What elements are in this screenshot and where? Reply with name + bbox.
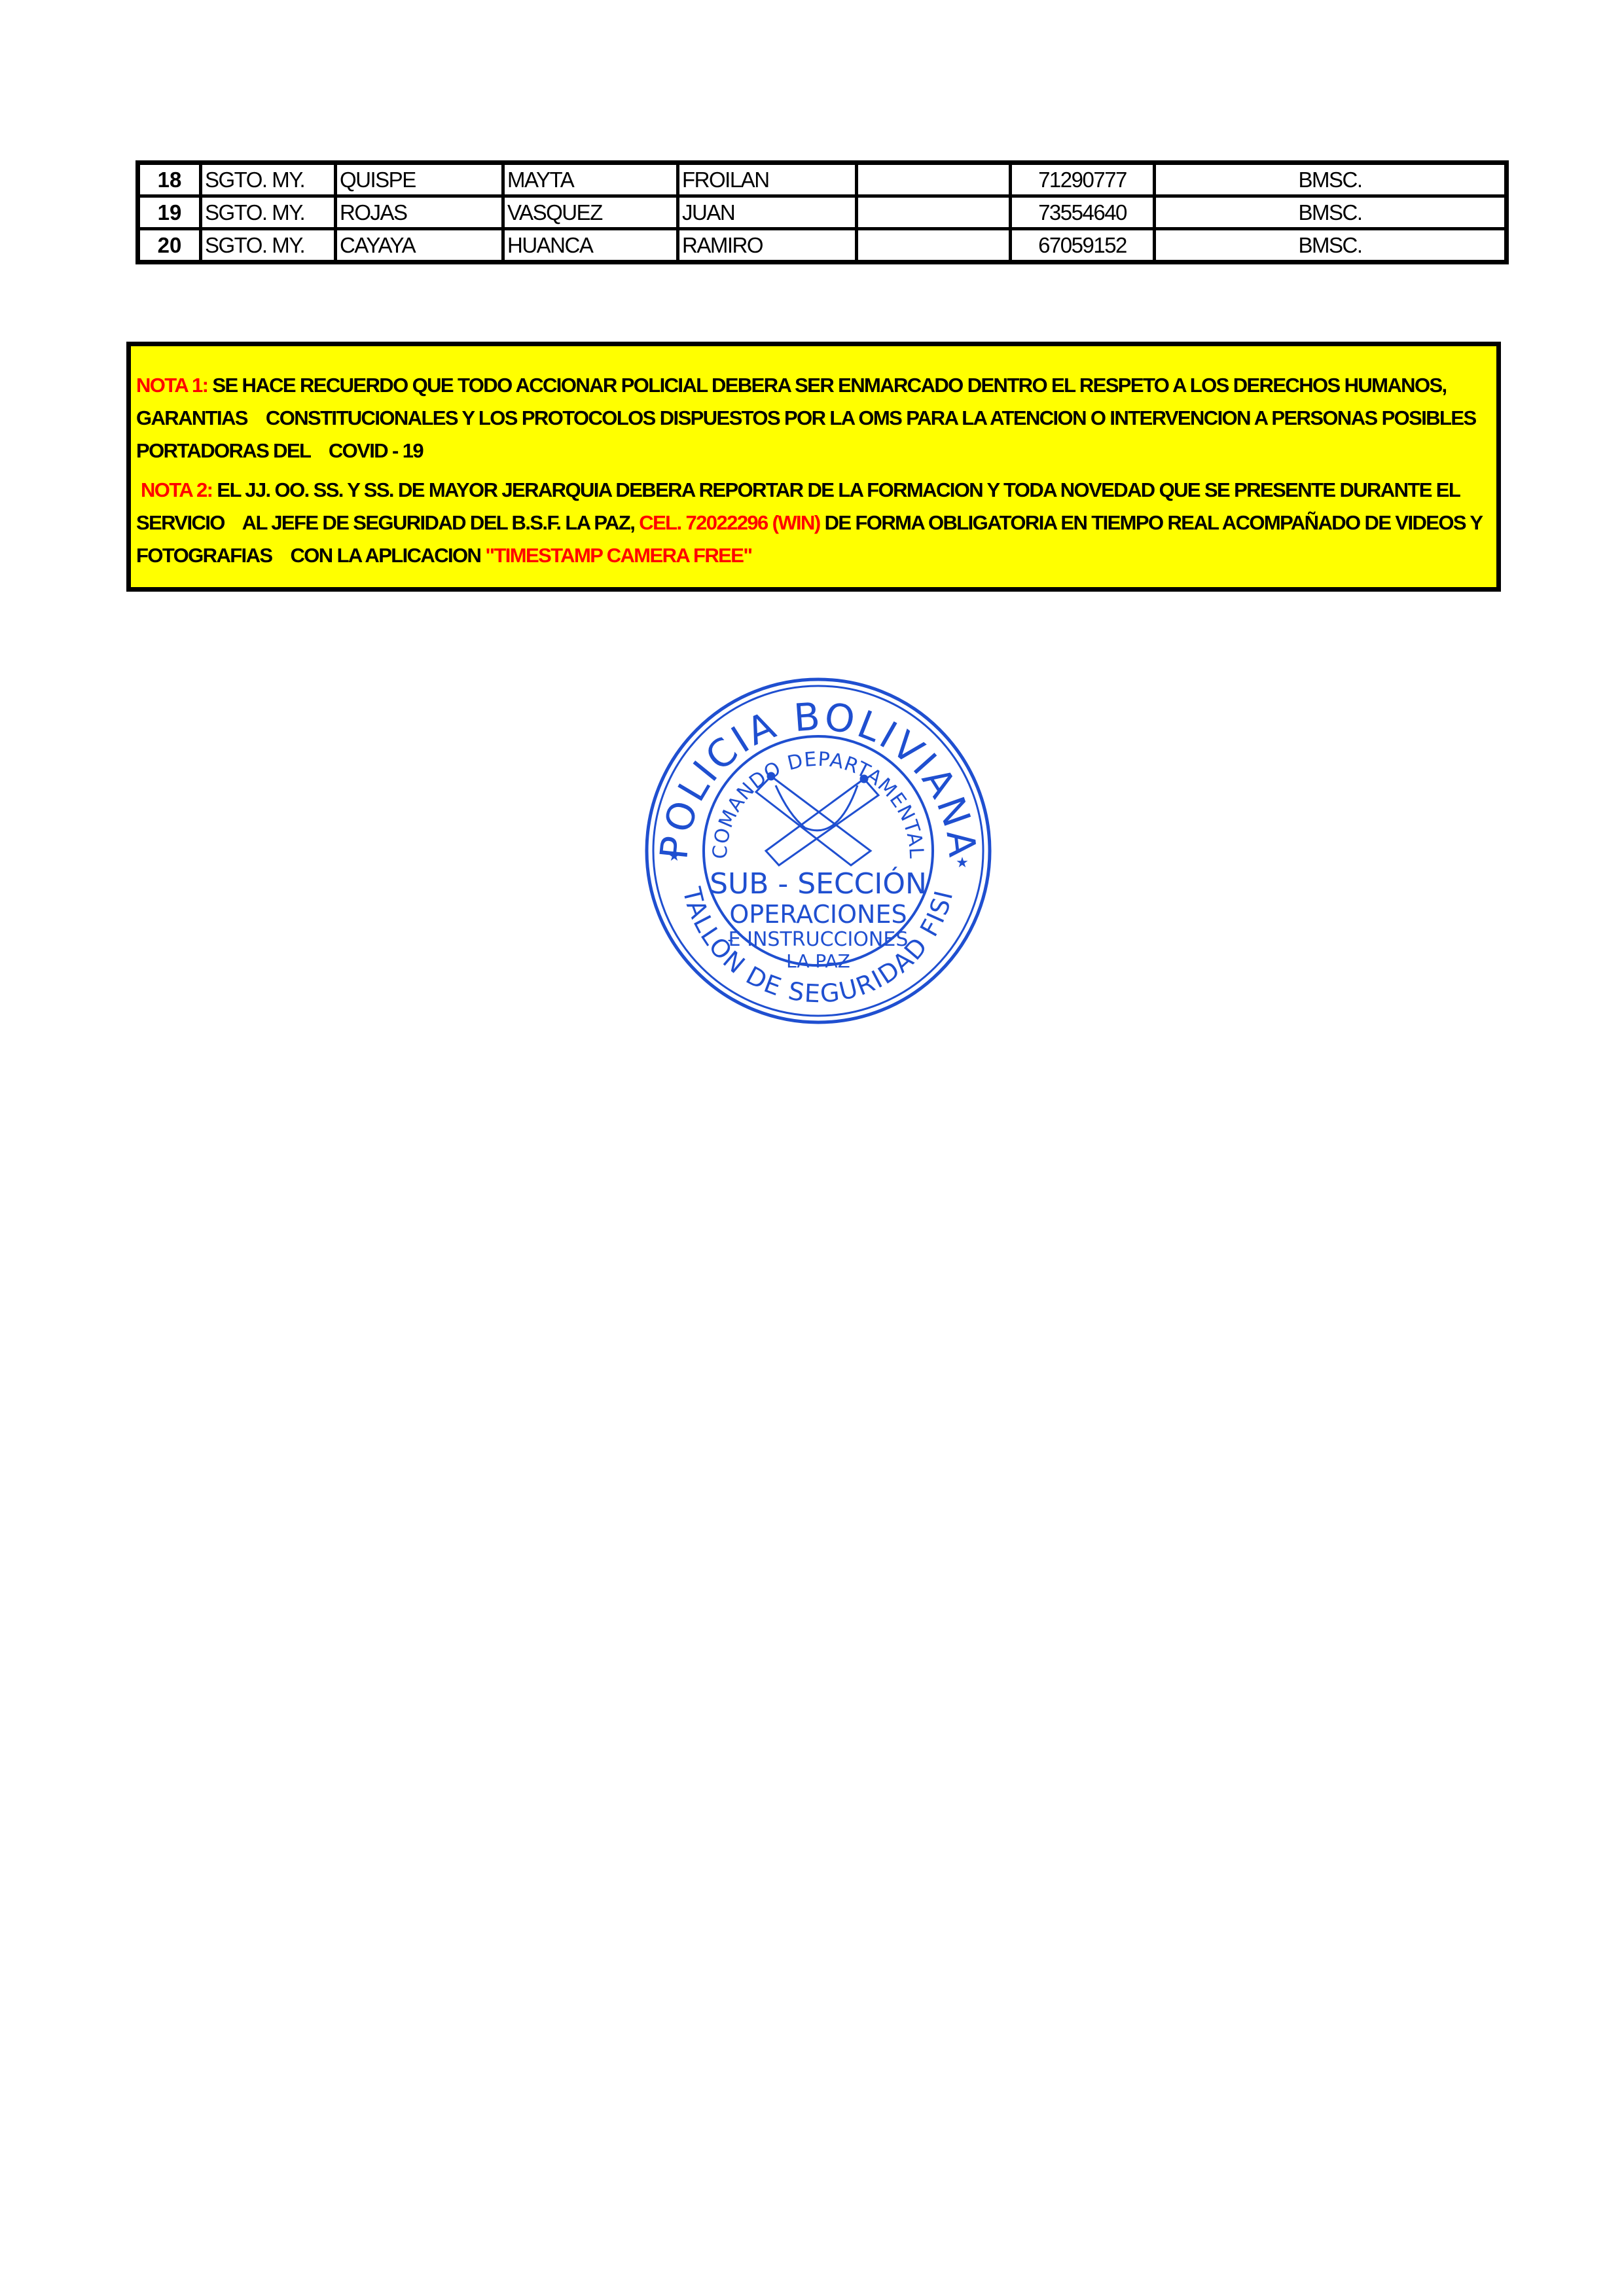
given-name-cell: JUAN [678,196,857,229]
stamp-outer-top: POLICIA BOLIVIANA [651,694,985,861]
app-name: "TIMESTAMP CAMERA FREE" [485,544,751,567]
stamp-center-line-1: SUB - SECCIÓN [710,866,927,901]
empty-cell [857,229,1011,262]
note-2-line-2a: SERVICIO AL JEFE DE SEGURIDAD DEL B.S.F.… [136,511,639,534]
police-seal-stamp: POLICIA BOLIVIANA COMANDO DEPARTAMENTAL … [641,674,995,1028]
notes-box: NOTA 1: SE HACE RECUERDO QUE TODO ACCION… [126,342,1501,592]
stamp-center-line-2: OPERACIONES [729,900,907,929]
note-1-line-1: SE HACE RECUERDO QUE TODO ACCIONAR POLIC… [208,374,1446,397]
star-icon: ★ [956,855,969,871]
row-number: 19 [138,196,201,229]
note-2-line-3a: FOTOGRAFIAS CON LA APLICACION [136,544,485,567]
phone-cell: 71290777 [1011,163,1155,196]
rank-cell: SGTO. MY. [201,196,336,229]
note-2: NOTA 2: EL JJ. OO. SS. Y SS. DE MAYOR JE… [136,474,1491,572]
table-row: 20 SGTO. MY. CAYAYA HUANCA RAMIRO 670591… [138,229,1507,262]
contact-phone: CEL. 72022296 (WIN) [639,511,820,534]
note-1: NOTA 1: SE HACE RECUERDO QUE TODO ACCION… [136,369,1491,467]
surname1-cell: CAYAYA [336,229,503,262]
surname2-cell: HUANCA [503,229,678,262]
note-2-line-1: EL JJ. OO. SS. Y SS. DE MAYOR JERARQUIA … [212,478,1460,501]
surname1-cell: ROJAS [336,196,503,229]
note-2-label: NOTA 2: [136,478,212,501]
table-row: 18 SGTO. MY. QUISPE MAYTA FROILAN 712907… [138,163,1507,196]
post-cell: BMSC. [1155,163,1507,196]
rank-cell: SGTO. MY. [201,163,336,196]
surname2-cell: VASQUEZ [503,196,678,229]
post-cell: BMSC. [1155,229,1507,262]
stamp-center-line-3: E INSTRUCCIONES [729,928,909,951]
note-1-label: NOTA 1: [136,374,208,397]
crossed-emblem-icon [756,773,878,865]
document-page: 18 SGTO. MY. QUISPE MAYTA FROILAN 712907… [0,0,1624,2296]
note-2-line-2b: DE FORMA OBLIGATORIA EN TIEMPO REAL ACOM… [820,511,1483,534]
note-1-line-2: GARANTIAS CONSTITUCIONALES Y LOS PROTOCO… [136,402,1491,435]
star-icon: ★ [668,848,681,865]
table-row: 19 SGTO. MY. ROJAS VASQUEZ JUAN 73554640… [138,196,1507,229]
phone-cell: 67059152 [1011,229,1155,262]
note-1-line-3: PORTADORAS DEL COVID - 19 [136,435,1491,467]
row-number: 18 [138,163,201,196]
personnel-table: 18 SGTO. MY. QUISPE MAYTA FROILAN 712907… [135,160,1509,264]
stamp-center-line-4: LA PAZ [786,950,850,972]
rank-cell: SGTO. MY. [201,229,336,262]
post-cell: BMSC. [1155,196,1507,229]
empty-cell [857,163,1011,196]
empty-cell [857,196,1011,229]
phone-cell: 73554640 [1011,196,1155,229]
surname2-cell: MAYTA [503,163,678,196]
surname1-cell: QUISPE [336,163,503,196]
row-number: 20 [138,229,201,262]
given-name-cell: RAMIRO [678,229,857,262]
given-name-cell: FROILAN [678,163,857,196]
